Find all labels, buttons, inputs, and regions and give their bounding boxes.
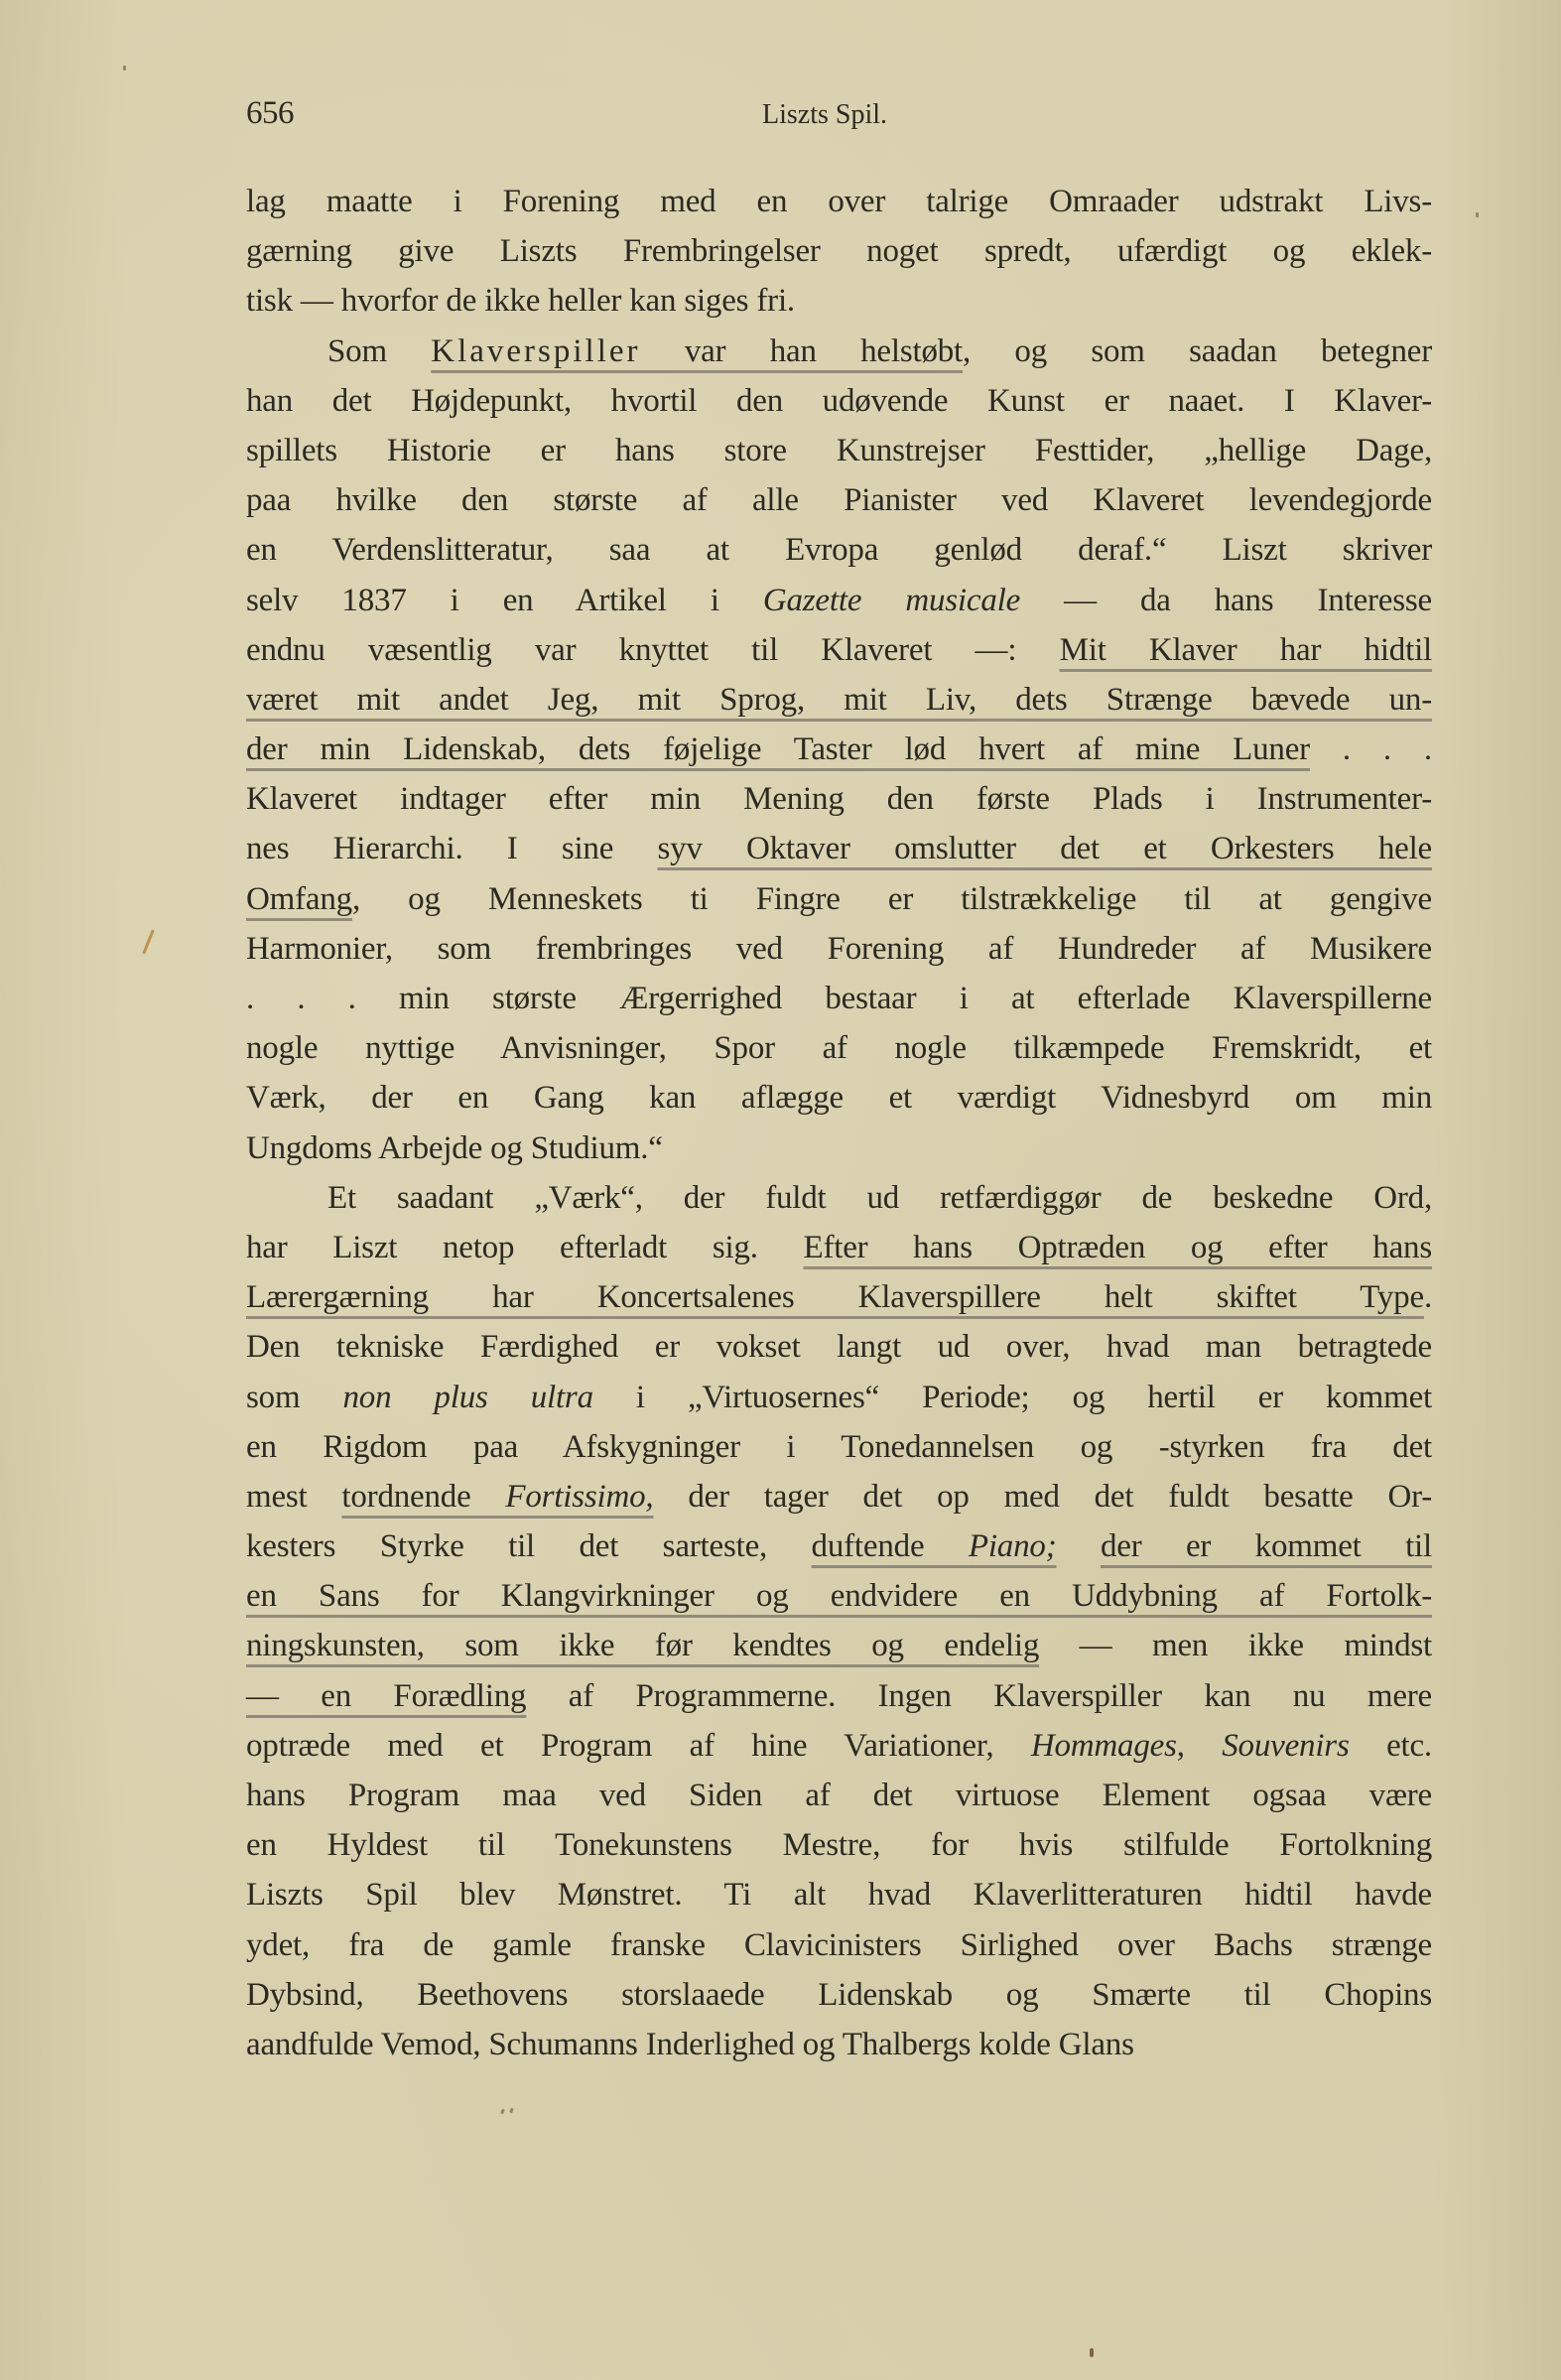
underlined-phrase: Mit Klaver har hidtil (1060, 632, 1432, 668)
italic-phrase: Piano; (969, 1528, 1057, 1564)
text-segment: . (1424, 1279, 1432, 1315)
text-line: Dybsind, Beethovens storslaaede Lidenska… (246, 1970, 1432, 2020)
text-segment: i „Virtuosernes“ Periode; og hertil er k… (593, 1380, 1432, 1415)
margin-speck (500, 2109, 505, 2115)
underlined-phrase: — en Forædling (246, 1678, 526, 1714)
text-line: været mit andet Jeg, mit Sprog, mit Liv,… (246, 675, 1432, 725)
text-segment: Klaveret indtager efter min Mening den f… (246, 781, 1432, 817)
italic-phrase: non plus ultra (342, 1380, 592, 1415)
text-segment: lag maatte i Forening med en over talrig… (246, 184, 1432, 219)
text-segment: , (1177, 1728, 1223, 1764)
text-line: ningskunsten, som ikke før kendtes og en… (246, 1621, 1432, 1670)
text-segment: tisk — hvorfor de ikke heller kan siges … (246, 283, 795, 319)
underlined-phrase: duftende (812, 1528, 969, 1564)
text-line: ydet, fra de gamle franske Clavicinister… (246, 1920, 1432, 1970)
text-line: Den tekniske Færdighed er vokset langt u… (246, 1322, 1432, 1372)
margin-speck (1476, 212, 1479, 217)
text-segment: kesters Styrke til det sarteste, (246, 1528, 812, 1564)
text-line: Klaveret indtager efter min Mening den f… (246, 774, 1432, 824)
text-segment: etc. (1350, 1728, 1432, 1764)
text-line: Ungdoms Arbejde og Studium.“ (246, 1124, 1432, 1173)
text-segment: en Rigdom paa Afskygninger i Tonedannels… (246, 1429, 1432, 1465)
margin-speck (509, 2108, 514, 2114)
text-segment: har Liszt netop efterladt sig. (246, 1230, 804, 1265)
italic-phrase: Fortissimo, (505, 1479, 653, 1515)
text-line: en Hyldest til Tonekunstens Mestre, for … (246, 1820, 1432, 1870)
text-segment: spillets Historie er hans store Kunstrej… (246, 433, 1432, 468)
underlined-phrase: var han helstøbt (641, 333, 963, 369)
underlined-phrase: der min Lidenskab, dets føjelige Taster … (246, 731, 1310, 767)
text-line: nogle nyttige Anvisninger, Spor af nogle… (246, 1023, 1432, 1073)
margin-pencil-mark (142, 929, 155, 954)
text-segment: Et saadant „Værk“, der fuldt ud retfærdi… (327, 1180, 1432, 1216)
text-segment: en Verdenslitteratur, saa at Evropa genl… (246, 532, 1432, 568)
text-segment: — da hans Interesse (1020, 583, 1432, 618)
text-segment: gærning give Liszts Frembringelser noget… (246, 233, 1432, 269)
text-segment: endnu væsentlig var knyttet til Klaveret… (246, 632, 1060, 668)
text-segment: , og som saadan betegner (963, 333, 1432, 369)
text-line: han det Højdepunkt, hvortil den udøvende… (246, 376, 1432, 426)
text-segment: Værk, der en Gang kan aflægge et værdigt… (246, 1080, 1432, 1116)
italic-phrase: Hommages (1031, 1728, 1177, 1764)
text-segment: — men ikke mindst (1039, 1628, 1432, 1663)
text-line: — en Forædling af Programmerne. Ingen Kl… (246, 1671, 1432, 1721)
underlined-phrase: ningskunsten, som ikke før kendtes og en… (246, 1628, 1039, 1663)
text-line: hans Program maa ved Siden af det virtuo… (246, 1771, 1432, 1820)
text-line: lag maatte i Forening med en over talrig… (246, 177, 1432, 226)
text-segment: mest (246, 1479, 341, 1515)
text-segment: Som (327, 333, 431, 369)
text-segment: paa hvilke den største af alle Pianister… (246, 482, 1432, 518)
text-segment: ydet, fra de gamle franske Clavicinister… (246, 1927, 1432, 1963)
text-segment: der tager det op med det fuldt besatte O… (653, 1479, 1432, 1515)
underlined-phrase: der er kommet til (1101, 1528, 1432, 1564)
ink-speck (1090, 2348, 1094, 2357)
text-line: optræde med et Program af hine Variation… (246, 1721, 1432, 1771)
underlined-phrase: været mit andet Jeg, mit Sprog, mit Liv,… (246, 682, 1432, 718)
text-line: en Sans for Klangvirkninger og endvidere… (246, 1571, 1432, 1621)
underlined-phrase: Efter hans Optræden og efter hans (804, 1230, 1433, 1265)
text-line: spillets Historie er hans store Kunstrej… (246, 426, 1432, 475)
text-segment: hans Program maa ved Siden af det virtuo… (246, 1778, 1432, 1813)
underlined-phrase: Omfang (246, 881, 352, 917)
text-line: Omfang, og Menneskets ti Fingre er tilst… (246, 874, 1432, 924)
text-segment: Harmonier, som frembringes ved Forening … (246, 931, 1432, 967)
text-line: mest tordnende Fortissimo, der tager det… (246, 1472, 1432, 1521)
text-line: som non plus ultra i „Virtuosernes“ Peri… (246, 1373, 1432, 1422)
text-line: gærning give Liszts Frembringelser noget… (246, 226, 1432, 276)
text-segment: en Hyldest til Tonekunstens Mestre, for … (246, 1827, 1432, 1863)
text-line: Som Klaverspiller var han helstøbt, og s… (246, 327, 1432, 376)
text-line: nes Hierarchi. I sine syv Oktaver omslut… (246, 824, 1432, 873)
text-line: Værk, der en Gang kan aflægge et værdigt… (246, 1073, 1432, 1123)
text-segment: han det Højdepunkt, hvortil den udøvende… (246, 383, 1432, 419)
text-segment: Liszts Spil blev Mønstret. Ti alt hvad K… (246, 1877, 1432, 1913)
underlined-phrase: tordnende (341, 1479, 505, 1515)
text-line: selv 1837 i en Artikel i Gazette musical… (246, 576, 1432, 625)
text-line: endnu væsentlig var knyttet til Klaveret… (246, 625, 1432, 675)
text-line: en Verdenslitteratur, saa at Evropa genl… (246, 525, 1432, 575)
italic-phrase: Souvenirs (1222, 1728, 1349, 1764)
text-segment: selv 1837 i en Artikel i (246, 583, 763, 618)
text-segment: nes Hierarchi. I sine (246, 831, 657, 866)
text-line: tisk — hvorfor de ikke heller kan siges … (246, 276, 1432, 326)
text-line: . . . min største Ærgerrighed bestaar i … (246, 974, 1432, 1023)
text-line: en Rigdom paa Afskygninger i Tonedannels… (246, 1422, 1432, 1472)
text-segment: , og Menneskets ti Fingre er tilstrækkel… (352, 881, 1432, 917)
italic-phrase: Gazette musicale (763, 583, 1020, 618)
underlined-phrase: syv Oktaver omslutter det et Orkesters h… (657, 831, 1432, 866)
text-segment: optræde med et Program af hine Variation… (246, 1728, 1031, 1764)
text-line: Harmonier, som frembringes ved Forening … (246, 924, 1432, 974)
text-segment: af Programmerne. Ingen Klaverspiller kan… (526, 1678, 1432, 1714)
text-segment: . . . min største Ærgerrighed bestaar i … (246, 981, 1432, 1016)
underlined-phrase: Lærergærning har Koncertsalenes Klaversp… (246, 1279, 1424, 1315)
text-line: kesters Styrke til det sarteste, duftend… (246, 1521, 1432, 1571)
margin-speck (123, 66, 126, 70)
book-page: 656 Liszts Spil. lag maatte i Forening m… (0, 0, 1561, 2380)
body-text: lag maatte i Forening med en over talrig… (246, 177, 1432, 2069)
text-line: der min Lidenskab, dets føjelige Taster … (246, 725, 1432, 774)
text-line: Lærergærning har Koncertsalenes Klaversp… (246, 1272, 1432, 1322)
text-segment: Den tekniske Færdighed er vokset langt u… (246, 1329, 1432, 1365)
text-segment: Ungdoms Arbejde og Studium.“ (246, 1130, 663, 1166)
text-line: Liszts Spil blev Mønstret. Ti alt hvad K… (246, 1870, 1432, 1919)
text-line: paa hvilke den største af alle Pianister… (246, 475, 1432, 525)
underlined-phrase: en Sans for Klangvirkninger og endvidere… (246, 1578, 1432, 1614)
underlined-phrase: Klaverspiller (431, 333, 640, 369)
text-line: aandfulde Vemod, Schumanns Inderlighed o… (246, 2020, 1432, 2069)
text-segment: som (246, 1380, 342, 1415)
text-line: har Liszt netop efterladt sig. Efter han… (246, 1223, 1432, 1272)
text-segment: Dybsind, Beethovens storslaaede Lidenska… (246, 1977, 1432, 2013)
text-segment: aandfulde Vemod, Schumanns Inderlighed o… (246, 2027, 1134, 2062)
running-head: 656 Liszts Spil. (246, 93, 1432, 133)
text-segment: . . . (1310, 731, 1432, 767)
page-number: 656 (246, 93, 294, 133)
text-line: Et saadant „Værk“, der fuldt ud retfærdi… (246, 1173, 1432, 1223)
text-segment: nogle nyttige Anvisninger, Spor af nogle… (246, 1030, 1432, 1066)
running-title: Liszts Spil. (762, 95, 887, 135)
text-segment (1057, 1528, 1101, 1564)
